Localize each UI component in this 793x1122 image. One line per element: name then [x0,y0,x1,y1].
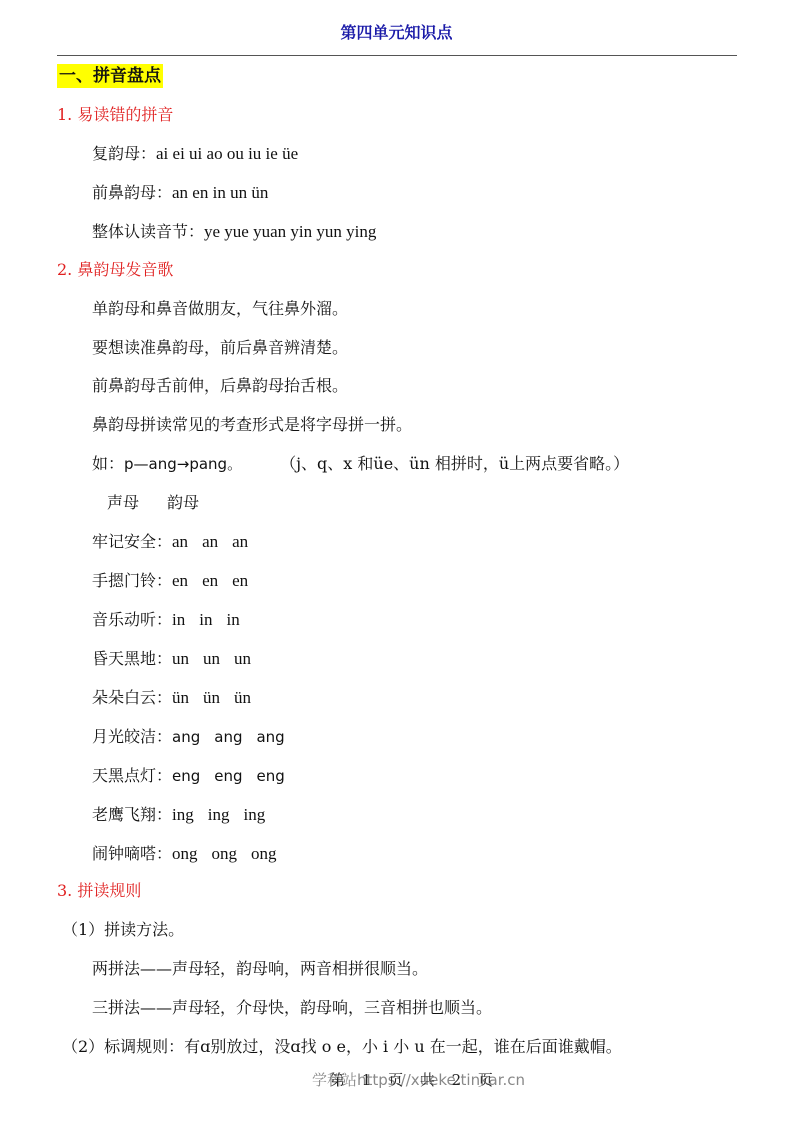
verse-line: 鼻韵母拼读常见的考查形式是将字母拼一拼。 [92,415,412,435]
line-value: ye yue yuan yin yun ying [204,222,376,241]
rhyme-row: 手摁门铃：enenen [92,571,248,591]
verse-line: 要想读准鼻韵母，前后鼻音辨清楚。 [92,338,348,358]
table-header: 声母韵母 [107,493,199,513]
final: an [172,532,188,551]
final: eng [257,767,285,785]
method-line: 三拼法——声母轻，介母快，韵母响，三音相拼也顺当。 [92,998,492,1018]
rhyme-phrase: 朵朵白云： [92,688,172,707]
page-number: 第 1 页 共 2 页 [330,1069,499,1090]
final: un [203,649,220,668]
rhyme-row: 牢记安全：ananan [92,532,248,552]
final: ong [212,844,238,863]
final: ün [172,688,189,707]
final: in [199,610,212,629]
section-heading-pinyin: 一、拼音盘点 [57,64,163,88]
final: in [226,610,239,629]
method-line: 两拼法——声母轻，韵母响，两音相拼很顺当。 [92,959,428,979]
final: eng [214,767,242,785]
verse-line: 前鼻韵母舌前伸，后鼻韵母抬舌根。 [92,376,348,396]
rhyme-row: 天黑点灯：engengeng [92,766,285,786]
whole-syllables-line: 整体认读音节：ye yue yuan yin yun ying [92,222,376,242]
final: en [232,571,248,590]
verse-line: 单韵母和鼻音做朋友，气往鼻外溜。 [92,299,348,319]
final: ün [203,688,220,707]
rhyme-row: 音乐动听：ininin [92,610,240,630]
rhyme-row: 老鹰飞翔：inginging [92,805,265,825]
subheading-nasal-song: 2. 鼻韵母发音歌 [57,260,173,280]
rule-item-1: （1）拼读方法。 [62,920,184,940]
line-label: 复韵母： [92,144,156,163]
rhyme-phrase: 牢记安全： [92,532,172,551]
final: en [202,571,218,590]
final: ang [172,728,200,746]
final: ing [208,805,230,824]
rhyme-phrase: 音乐动听： [92,610,172,629]
line-value: ai ei ui ao ou iu ie üe [156,144,298,163]
line-label: 整体认读音节： [92,222,204,241]
example-note: （j、q、x 和üe、ün 相拼时，ü上两点要省略。） [280,454,629,473]
final: ong [251,844,277,863]
rule-item-2: （2）标调规则：有ɑ别放过，没ɑ找 o e，小 i 小 u 在一起，谁在后面谁戴… [62,1037,622,1057]
final: an [232,532,248,551]
rhyme-phrase: 闹钟嘀嗒： [92,844,172,863]
rhyme-row: 月光皎洁：angangang [92,727,285,747]
subheading-misread-pinyin: 1. 易读错的拼音 [57,105,173,125]
front-nasal-finals-line: 前鼻韵母：an en in un ün [92,183,268,203]
final: an [202,532,218,551]
final: ang [256,728,284,746]
rhyme-phrase: 昏天黑地： [92,649,172,668]
example-line: 如：p—ang→pang。（j、q、x 和üe、ün 相拼时，ü上两点要省略。） [92,454,629,474]
final: en [172,571,188,590]
line-value: an en in un ün [172,183,268,202]
rhyme-phrase: 月光皎洁： [92,727,172,746]
example-formula: p—ang→pang。 [124,455,242,473]
example-prefix: 如： [92,454,124,473]
final: ang [214,728,242,746]
final: ing [172,805,194,824]
rhyme-phrase: 天黑点灯： [92,766,172,785]
page-title: 第四单元知识点 [0,20,793,43]
compound-finals-line: 复韵母：ai ei ui ao ou iu ie üe [92,144,298,164]
rhyme-phrase: 老鹰飞翔： [92,805,172,824]
final: un [234,649,251,668]
final: ün [234,688,251,707]
final: ing [243,805,265,824]
rhyme-row: 昏天黑地：ununun [92,649,251,669]
rhyme-row: 闹钟嘀嗒：ongongong [92,844,277,864]
header-initial: 声母 [107,493,139,512]
header-final: 韵母 [167,493,199,512]
line-label: 前鼻韵母： [92,183,172,202]
final: in [172,610,185,629]
rhyme-phrase: 手摁门铃： [92,571,172,590]
subheading-spelling-rules: 3. 拼读规则 [57,881,141,901]
final: un [172,649,189,668]
title-divider [57,55,737,56]
final: eng [172,767,200,785]
final: ong [172,844,198,863]
rhyme-row: 朵朵白云：ününün [92,688,251,708]
